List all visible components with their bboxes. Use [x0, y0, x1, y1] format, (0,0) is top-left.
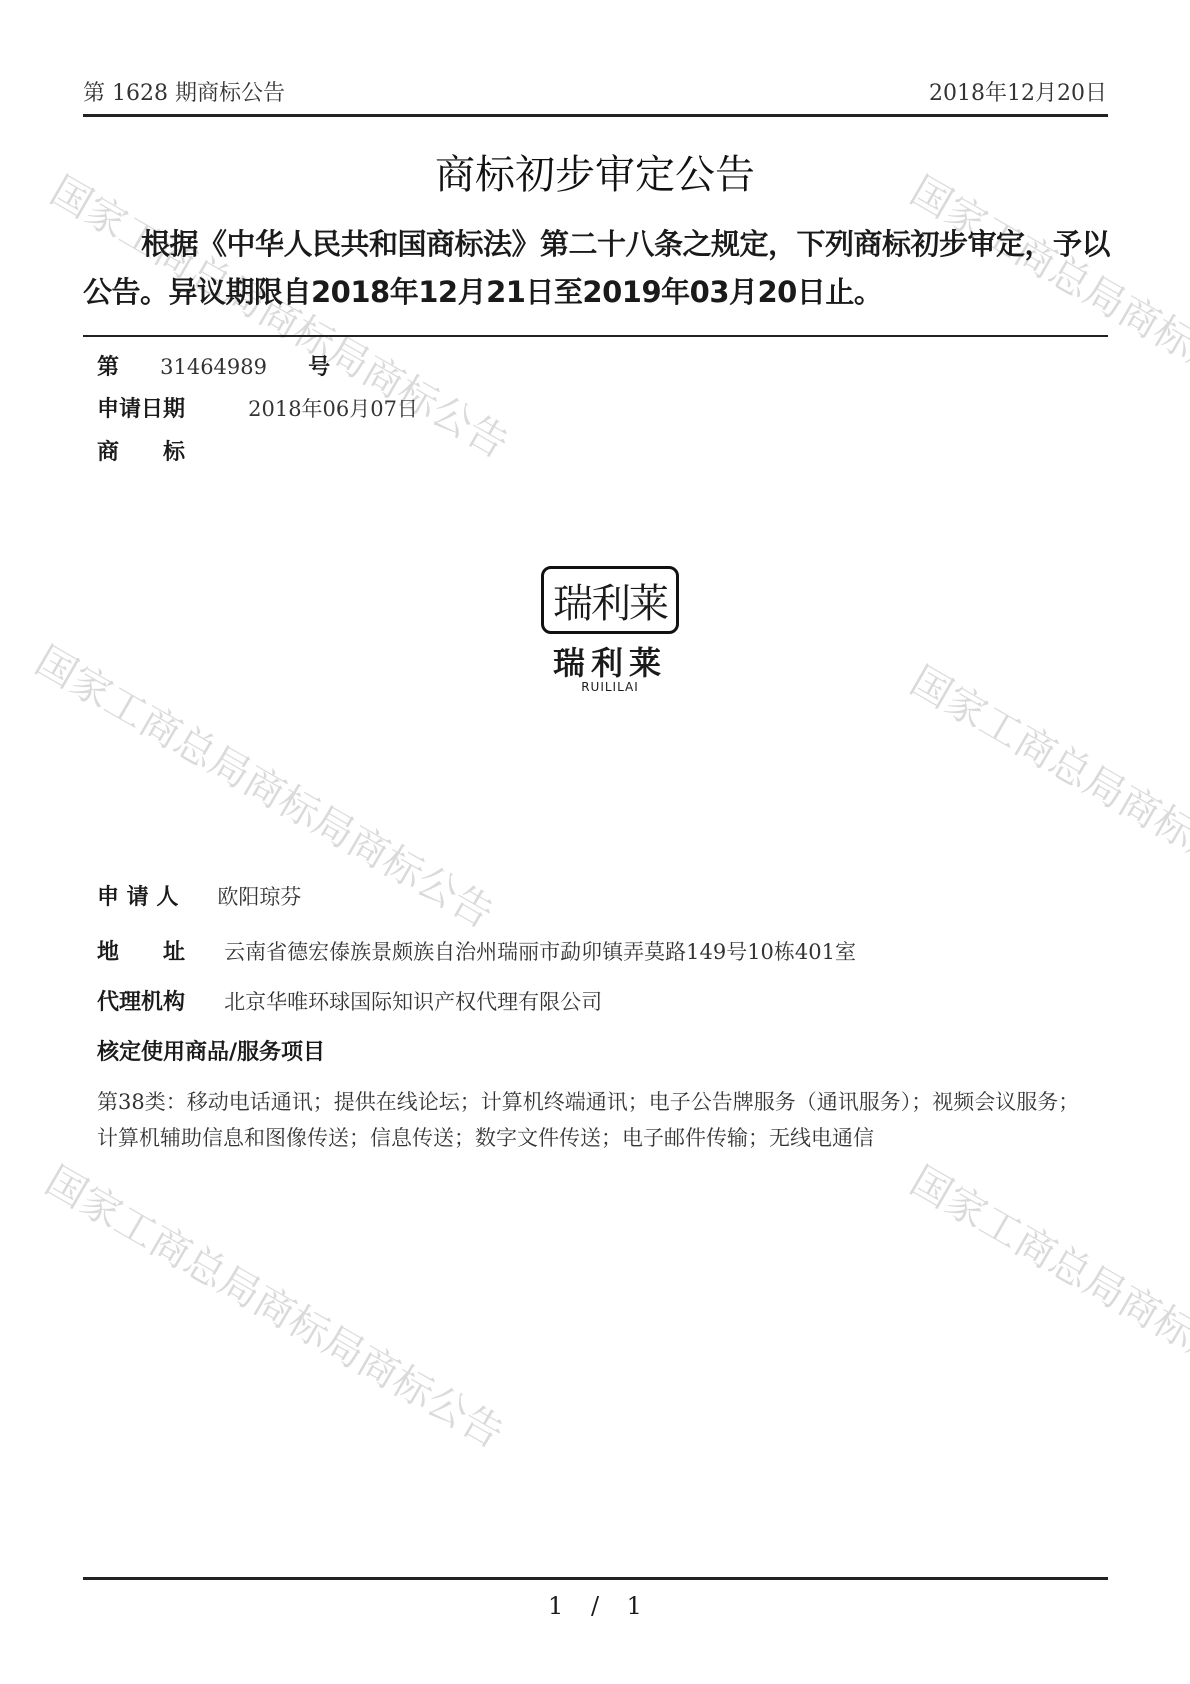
address-label: 地 址	[97, 940, 185, 965]
registration-number: 31464989	[160, 355, 267, 379]
trademark-label: 商 标	[97, 440, 185, 465]
applicant-label: 申 请 人	[97, 885, 178, 910]
trademark-logo: 瑞利莱 瑞利莱 RUILILAI	[535, 566, 685, 694]
trademark-chinese: 瑞利莱	[535, 638, 685, 684]
seal-mark: 瑞利莱	[541, 566, 679, 634]
agent-label: 代理机构	[97, 990, 185, 1015]
address-row: 地 址 云南省德宏傣族景颇族自治州瑞丽市勐卯镇弄莫路149号10栋401室	[97, 935, 856, 966]
number-suffix: 号	[308, 355, 330, 380]
watermark: 国家工商总局商标局商标公告	[902, 650, 1190, 959]
applicant-row: 申 请 人 欧阳琼芬	[97, 880, 301, 911]
page-title: 商标初步审定公告	[0, 143, 1190, 200]
page-number: 1 / 1	[0, 1592, 1190, 1620]
goods-label: 核定使用商品/服务项目	[97, 1040, 325, 1065]
footer-divider	[83, 1577, 1108, 1580]
number-prefix: 第	[97, 355, 119, 380]
trademark-row: 商 标	[97, 435, 185, 466]
registration-number-row: 第 31464989 号	[97, 350, 330, 381]
intro-paragraph: 根据《中华人民共和国商标法》第二十八条之规定，下列商标初步审定，予以公告。异议期…	[83, 220, 1113, 316]
address: 云南省德宏傣族景颇族自治州瑞丽市勐卯镇弄莫路149号10栋401室	[224, 940, 856, 964]
agent-name: 北京华唯环球国际知识产权代理有限公司	[224, 990, 602, 1014]
goods-heading-row: 核定使用商品/服务项目	[97, 1035, 325, 1066]
agent-row: 代理机构 北京华唯环球国际知识产权代理有限公司	[97, 985, 602, 1016]
issue-number: 第 1628 期商标公告	[83, 76, 285, 107]
goods-list: 第38类：移动电话通讯；提供在线论坛；计算机终端通讯；电子公告牌服务（通讯服务）…	[97, 1084, 1097, 1156]
watermark: 国家工商总局商标局商标公告	[37, 1150, 516, 1459]
applicant-name: 欧阳琼芬	[217, 885, 301, 909]
issue-date: 2018年12月20日	[929, 76, 1107, 107]
application-date: 2018年06月07日	[248, 397, 418, 421]
header-divider	[83, 114, 1108, 117]
application-date-row: 申请日期 2018年06月07日	[97, 392, 418, 423]
application-date-label: 申请日期	[97, 397, 185, 422]
section-divider	[83, 335, 1108, 337]
watermark: 国家工商总局商标局商标公告	[902, 1150, 1190, 1459]
